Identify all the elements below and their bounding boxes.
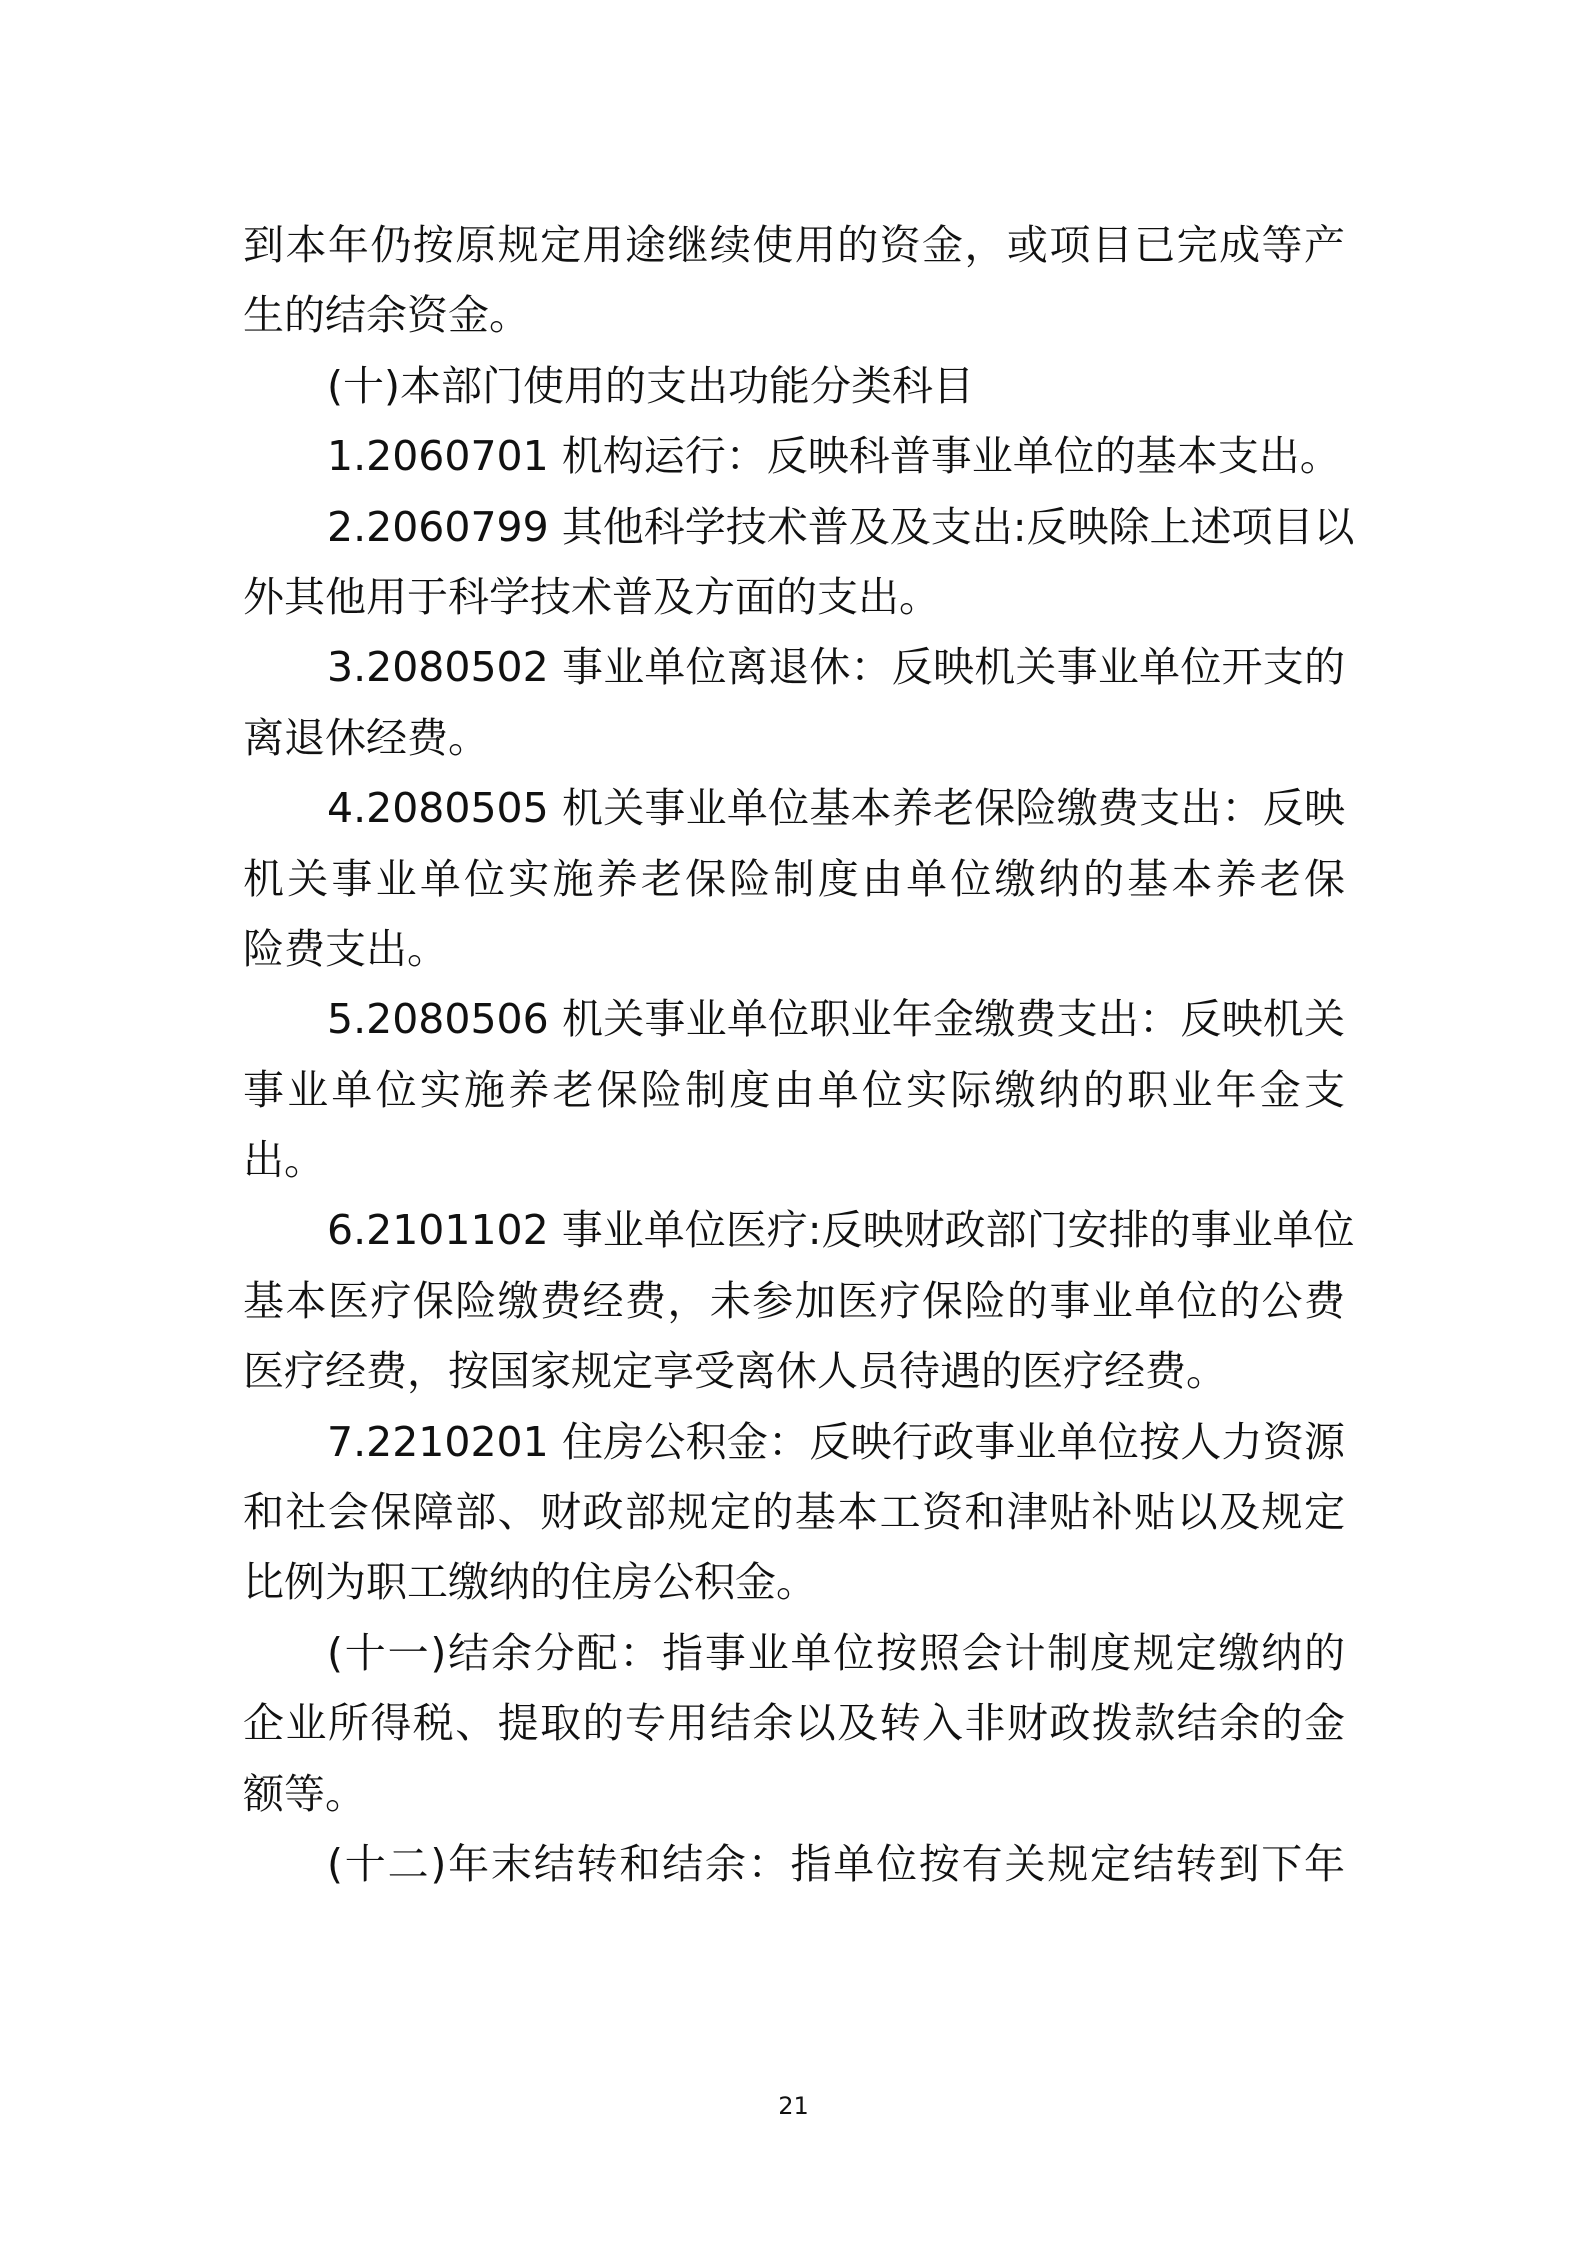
text-line: 机关事业单位实施养老保险制度由单位缴纳的基本养老保: [243, 844, 1345, 914]
text-line: 事业单位实施养老保险制度由单位实际缴纳的职业年金支: [243, 1055, 1345, 1125]
text-line: 4.2080505 机关事业单位基本养老保险缴费支出：反映: [243, 773, 1345, 843]
text-line: 险费支出。: [243, 914, 1345, 984]
text-line: 生的结余资金。: [243, 280, 1345, 350]
text-line: 2.2060799 其他科学技术普及及支出:反映除上述项目以: [243, 492, 1345, 562]
paragraph-carryover-continuation: 到本年仍按原规定用途继续使用的资金，或项目已完成等产 生的结余资金。: [243, 210, 1345, 351]
text-line: 企业所得税、提取的专用结余以及转入非财政拨款结余的金: [243, 1688, 1345, 1758]
text-line: 6.2101102 事业单位医疗:反映财政部门安排的事业单位: [243, 1195, 1345, 1265]
text-line: 5.2080506 机关事业单位职业年金缴费支出：反映机关: [243, 984, 1345, 1054]
text-line: 医疗经费，按国家规定享受离休人员待遇的医疗经费。: [243, 1336, 1345, 1406]
list-item-5: 5.2080506 机关事业单位职业年金缴费支出：反映机关 事业单位实施养老保险…: [243, 984, 1345, 1195]
text-line: 3.2080502 事业单位离退休：反映机关事业单位开支的: [243, 632, 1345, 702]
list-item-1: 1.2060701 机构运行：反映科普事业单位的基本支出。: [243, 421, 1345, 491]
text-line: 到本年仍按原规定用途继续使用的资金，或项目已完成等产: [243, 210, 1345, 280]
page-number: 21: [0, 2092, 1587, 2120]
list-item-6: 6.2101102 事业单位医疗:反映财政部门安排的事业单位 基本医疗保险缴费经…: [243, 1195, 1345, 1406]
text-line: 比例为职工缴纳的住房公积金。: [243, 1547, 1345, 1617]
list-item-3: 3.2080502 事业单位离退休：反映机关事业单位开支的 离退休经费。: [243, 632, 1345, 773]
section-10-heading: (十)本部门使用的支出功能分类科目: [243, 351, 1345, 421]
text-line: 额等。: [243, 1759, 1345, 1829]
section-12: (十二)年末结转和结余：指单位按有关规定结转到下年: [243, 1829, 1345, 1899]
text-line: (十一)结余分配：指事业单位按照会计制度规定缴纳的: [243, 1618, 1345, 1688]
list-item-2: 2.2060799 其他科学技术普及及支出:反映除上述项目以 外其他用于科学技术…: [243, 492, 1345, 633]
list-item-7: 7.2210201 住房公积金：反映行政事业单位按人力资源 和社会保障部、财政部…: [243, 1407, 1345, 1618]
text-line: (十二)年末结转和结余：指单位按有关规定结转到下年: [243, 1829, 1345, 1899]
text-line: 7.2210201 住房公积金：反映行政事业单位按人力资源: [243, 1407, 1345, 1477]
text-line: 和社会保障部、财政部规定的基本工资和津贴补贴以及规定: [243, 1477, 1345, 1547]
section-heading: (十)本部门使用的支出功能分类科目: [243, 351, 1345, 421]
list-item-4: 4.2080505 机关事业单位基本养老保险缴费支出：反映 机关事业单位实施养老…: [243, 773, 1345, 984]
text-line: 1.2060701 机构运行：反映科普事业单位的基本支出。: [243, 421, 1345, 491]
body-text: 到本年仍按原规定用途继续使用的资金，或项目已完成等产 生的结余资金。 (十)本部…: [243, 210, 1345, 1899]
text-line: 外其他用于科学技术普及方面的支出。: [243, 562, 1345, 632]
text-line: 基本医疗保险缴费经费，未参加医疗保险的事业单位的公费: [243, 1266, 1345, 1336]
text-line: 出。: [243, 1125, 1345, 1195]
document-page: 到本年仍按原规定用途继续使用的资金，或项目已完成等产 生的结余资金。 (十)本部…: [0, 0, 1587, 2245]
text-line: 离退休经费。: [243, 703, 1345, 773]
section-11: (十一)结余分配：指事业单位按照会计制度规定缴纳的 企业所得税、提取的专用结余以…: [243, 1618, 1345, 1829]
